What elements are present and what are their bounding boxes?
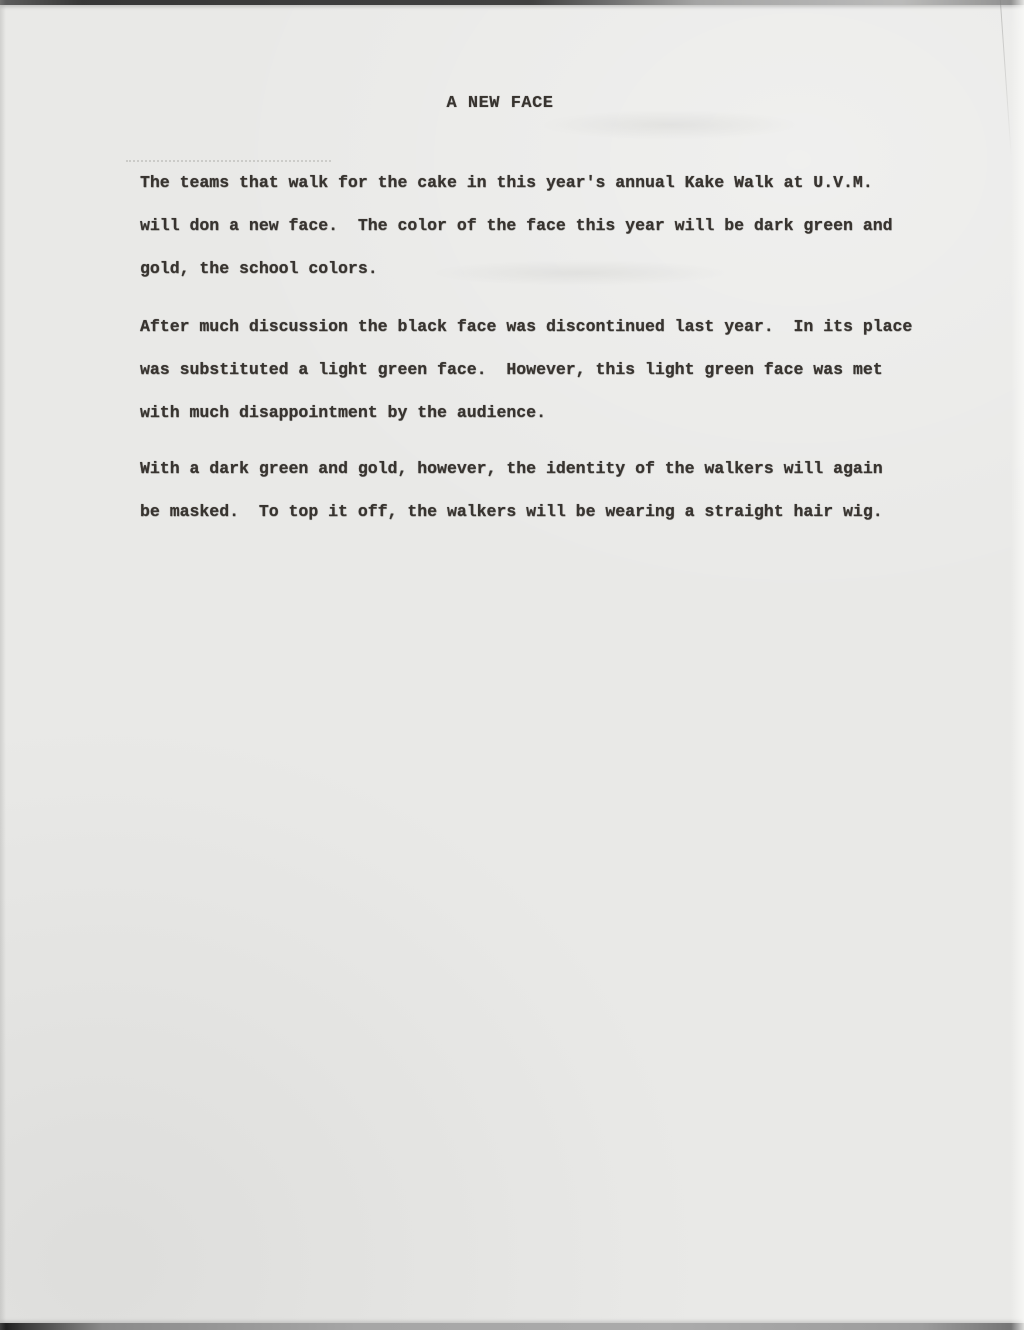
text-line: will don a new face. The color of the fa… bbox=[140, 204, 944, 247]
text-line: gold, the school colors. bbox=[140, 247, 944, 290]
scan-edge-bottom bbox=[0, 1323, 1024, 1330]
text-line: After much discussion the black face was… bbox=[140, 305, 944, 348]
paragraph-2: After much discussion the black face was… bbox=[140, 305, 944, 435]
document-title: A NEW FACE bbox=[0, 94, 1012, 113]
bleed-through-smudge bbox=[540, 110, 800, 140]
text-line: With a dark green and gold, however, the… bbox=[140, 447, 944, 490]
text-line: with much disappointment by the audience… bbox=[140, 391, 944, 434]
paragraph-3: With a dark green and gold, however, the… bbox=[140, 447, 944, 533]
paper-crease bbox=[999, 0, 1012, 157]
text-line: be masked. To top it off, the walkers wi… bbox=[140, 490, 944, 533]
scan-edge-top bbox=[0, 0, 1024, 5]
scan-edge-right bbox=[1011, 0, 1024, 1330]
text-line: was substituted a light green face. Howe… bbox=[140, 348, 944, 391]
text-line: The teams that walk for the cake in this… bbox=[140, 161, 944, 204]
scan-edge-left bbox=[0, 0, 6, 1330]
paragraph-1: The teams that walk for the cake in this… bbox=[140, 161, 944, 291]
scanned-page: A NEW FACE The teams that walk for the c… bbox=[0, 0, 1024, 1330]
